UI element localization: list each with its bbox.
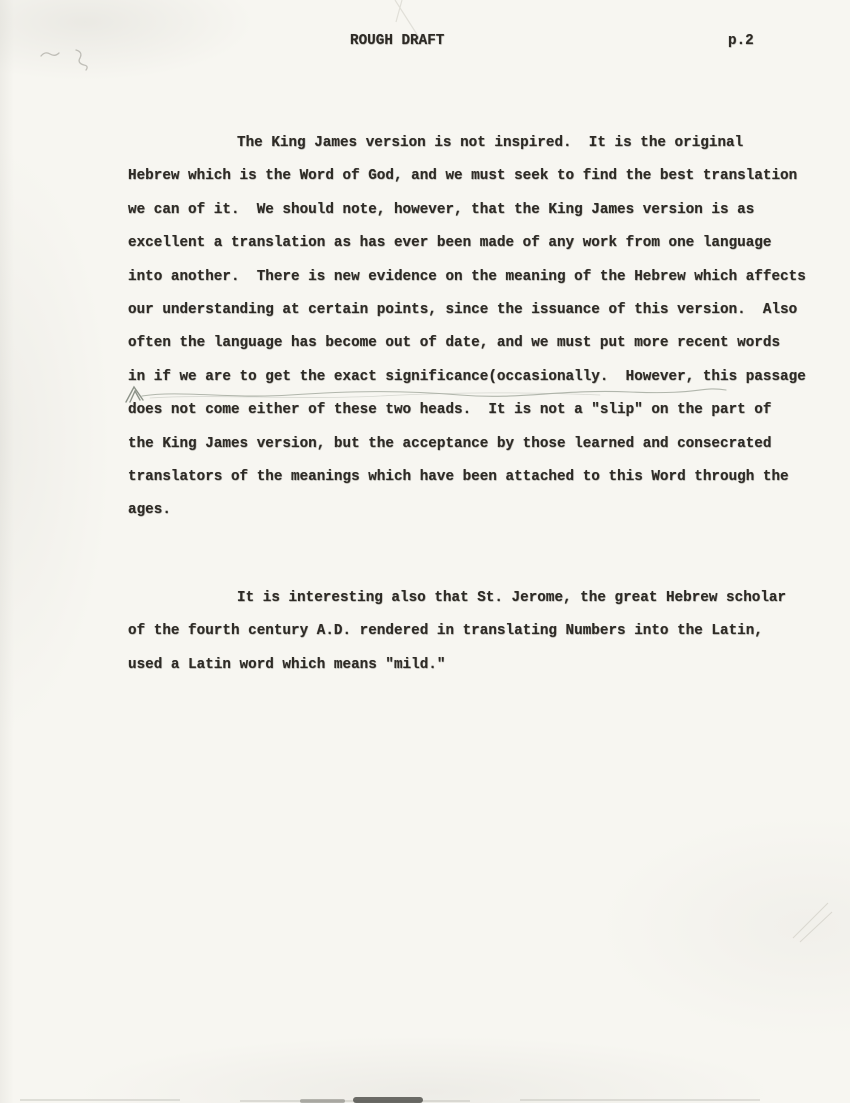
text-line: in if we are to get the exact significan… [128,361,828,394]
page-number: p.2 [728,33,754,49]
scan-lines-icon [793,903,832,942]
text-line: It is interesting also that St. Jerome, … [128,582,828,615]
text-line: The King James version is not inspired. … [128,127,828,160]
bottom-smudge-icon [353,1097,423,1103]
text-line: used a Latin word which means "mild." [128,649,828,682]
crease-line-icon [395,0,418,36]
paragraph-2: It is interesting also that St. Jerome, … [128,582,828,682]
text-line: translators of the meanings which have b… [128,461,828,494]
bottom-edge-line-icon [20,1100,760,1101]
text-line: ages. [128,494,828,527]
document-page: ROUGH DRAFT p.2 The King James version i… [0,0,850,1103]
bottom-smudge2-icon [300,1099,345,1103]
text-line: does not come either of these two heads.… [128,394,828,427]
paragraph-1: The King James version is not inspired. … [128,127,828,528]
text-line: often the language has become out of dat… [128,327,828,360]
text-line: the King James version, but the acceptan… [128,428,828,461]
text-line: our understanding at certain points, sin… [128,294,828,327]
text-line: Hebrew which is the Word of God, and we … [128,160,828,193]
text-line: we can of it. We should note, however, t… [128,194,828,227]
text-line: into another. There is new evidence on t… [128,261,828,294]
page-title: ROUGH DRAFT [350,33,444,49]
text-line: of the fourth century A.D. rendered in t… [128,615,828,648]
pencil-scribble-icon [41,50,87,70]
text-line: excellent a translation as has ever been… [128,227,828,260]
